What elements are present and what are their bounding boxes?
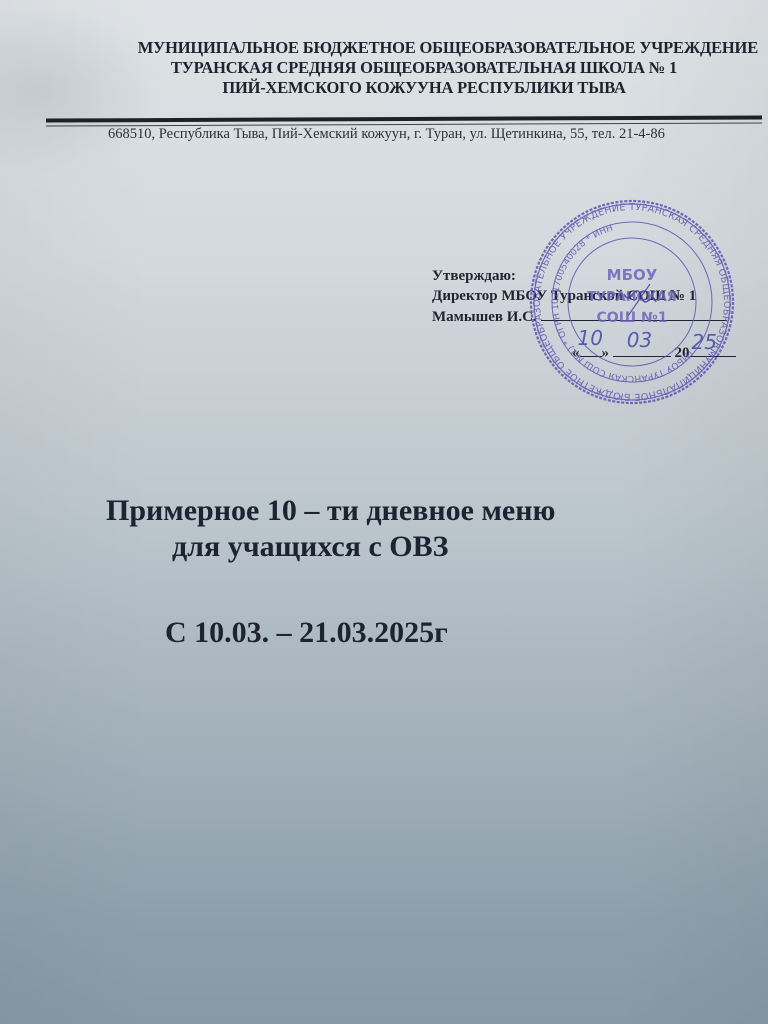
signature-line [541, 306, 727, 321]
approval-label: Утверждаю: [432, 266, 727, 286]
handwritten-month: 03 [627, 328, 652, 352]
school-address: 668510, Республика Тыва, Пий-Хемский кож… [108, 126, 665, 143]
date-year-blank: 25 [690, 342, 736, 357]
letterhead-rule-thick [46, 115, 762, 122]
letterhead-line-1: МУНИЦИПАЛЬНОЕ БЮДЖЕТНОЕ ОБЩЕОБРАЗОВАТЕЛЬ… [46, 38, 762, 58]
approval-date: «10» 03 2025 [572, 342, 736, 362]
approval-block: Утверждаю: Директор МБОУ Туранской СОШ №… [432, 266, 727, 327]
date-year-prefix: 20 [675, 345, 690, 361]
menu-date-range: С 10.03. – 21.03.2025г [165, 616, 448, 650]
letterhead-line-2: ТУРАНСКАЯ СРЕДНЯЯ ОБЩЕОБРАЗОВАТЕЛЬНАЯ ШК… [46, 58, 762, 78]
handwritten-day: 10 [578, 326, 603, 350]
letterhead-line-3: ПИЙ-ХЕМСКОГО КОЖУУНА РЕСПУБЛИКИ ТЫВА [46, 78, 762, 98]
approval-signature-row: Мамышев И.С. [432, 306, 727, 327]
handwritten-year: 25 [692, 330, 717, 354]
approver-name: Мамышев И.С. [432, 309, 537, 325]
date-day-blank: 10 [580, 342, 602, 357]
date-month-blank: 03 [613, 342, 671, 357]
letterhead: МУНИЦИПАЛЬНОЕ БЮДЖЕТНОЕ ОБЩЕОБРАЗОВАТЕЛЬ… [46, 38, 762, 98]
approval-position: Директор МБОУ Туранской СОШ № 1 [432, 286, 727, 306]
document-title-line-2: для учащихся с ОВЗ [172, 530, 448, 564]
document-title-line-1: Примерное 10 – ти дневное меню [106, 494, 555, 528]
